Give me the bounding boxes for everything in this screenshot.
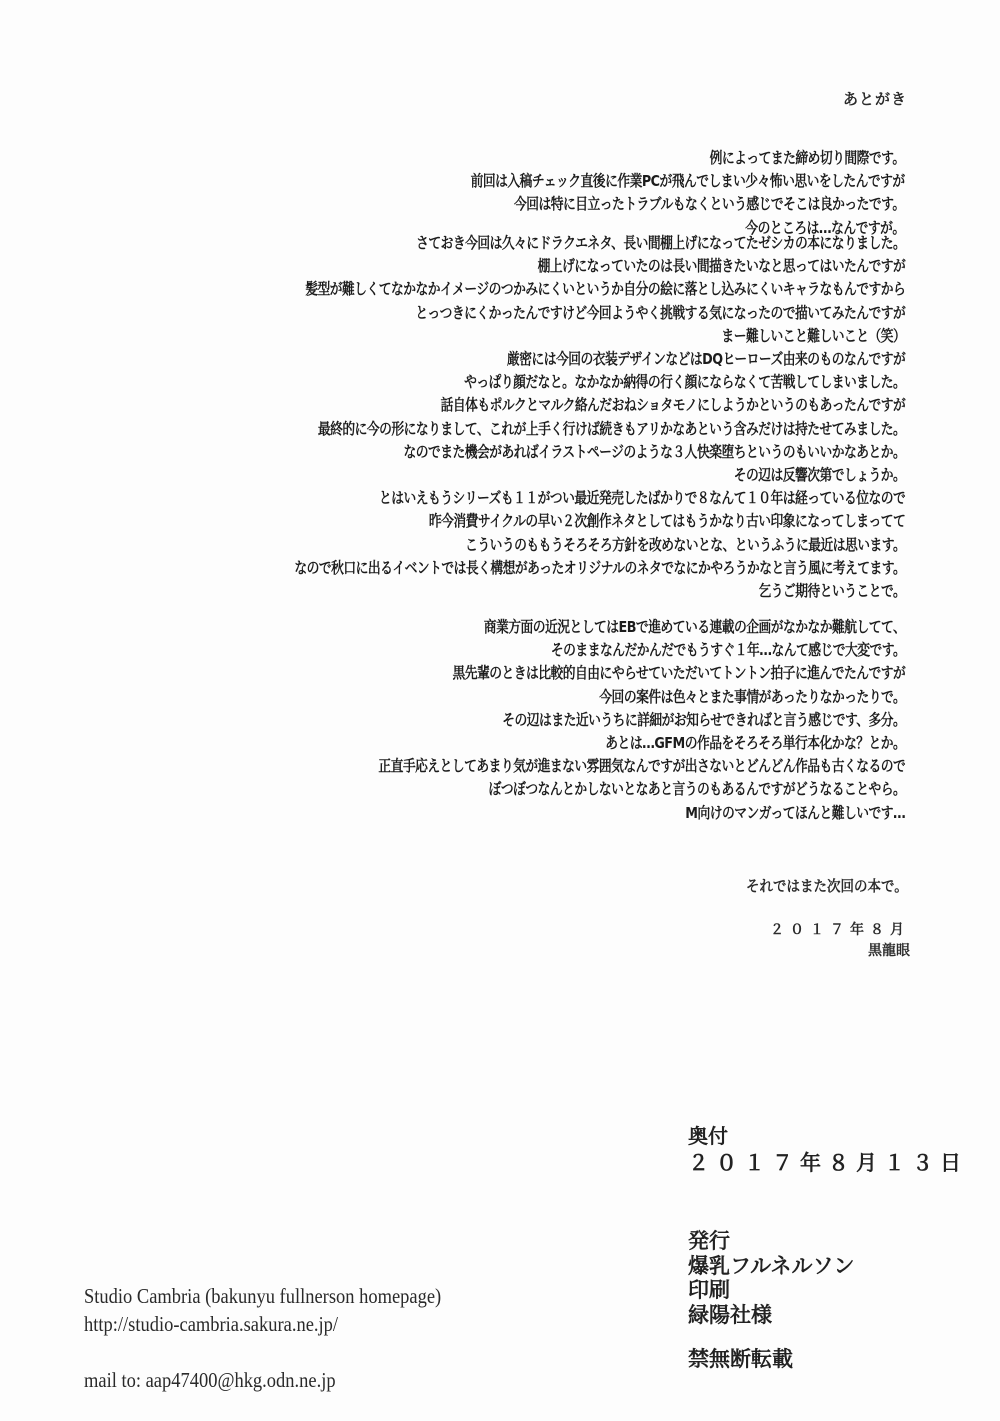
text-line: 昨今消費サイクルの早い２次創作ネタとしてはもうかなり古い印象になってしまってて xyxy=(294,510,905,533)
text-line: 最終的に今の形になりまして、これが上手く行けば続きもアリかなあという含みだけは持… xyxy=(294,418,905,441)
closing-line: それではまた次回の本で。 xyxy=(746,875,908,896)
publisher-name: 爆乳フルネルソン xyxy=(688,1254,968,1279)
text-line: 今回の案件は色々とまた事情があったりなかったりで。 xyxy=(378,686,905,709)
text-line: M向けのマンガってほんと難しいです… xyxy=(378,802,905,825)
contact-info: Studio Cambria (bakunyu fullnerson homep… xyxy=(84,1282,441,1394)
colophon-heading: 奥付 xyxy=(688,1124,968,1149)
text-line: あとは…GFMの作品をそろそろ単行本化かな？とか。 xyxy=(378,732,905,755)
publisher-label: 発行 xyxy=(688,1229,968,1254)
afterword-paragraph-1: 例によってまた締め切り間際です。 前回は入稿チェック直後に作業PCが飛んでしまい… xyxy=(471,147,905,240)
printer-name: 緑陽社様 xyxy=(688,1303,968,1328)
text-line: なのでまた機会があればイラストページのような３人快楽堕ちというのもいいかなあとか… xyxy=(294,441,905,464)
contact-email: mail to: aap47400@hkg.odn.ne.jp xyxy=(84,1366,441,1394)
text-line: 今回は特に目立ったトラブルもなくという感じでそこは良かったです。 xyxy=(471,193,905,216)
afterword-paragraph-2: さておき今回は久々にドラクエネタ、長い間棚上げになってたゼシカの本になりました。… xyxy=(294,232,905,603)
text-line: まー難しいこと難しいこと（笑） xyxy=(294,325,905,348)
signature-author: 黒龍眼 xyxy=(770,941,910,962)
text-line: さておき今回は久々にドラクエネタ、長い間棚上げになってたゼシカの本になりました。 xyxy=(294,232,905,255)
colophon-date: ２０１７年８月１３日 xyxy=(688,1149,968,1177)
signature-date: ２０１７年８月 xyxy=(770,920,910,941)
printer-label: 印刷 xyxy=(688,1278,968,1303)
reprint-notice: 禁無断転載 xyxy=(688,1347,968,1372)
studio-name: Studio Cambria (bakunyu fullnerson homep… xyxy=(84,1282,441,1310)
afterword-paragraph-3: 商業方面の近況としてはEBで進めている連載の企画がなかなか難航してて、 そのまま… xyxy=(378,616,905,825)
text-line: 厳密には今回の衣装デザインなどはDQヒーローズ由来のものなんですが xyxy=(294,348,905,371)
text-line: やっぱり顔だなと。なかなか納得の行く顔にならなくて苦戦してしまいました。 xyxy=(294,371,905,394)
text-line: 例によってまた締め切り間際です。 xyxy=(471,147,905,170)
text-line: 正直手応えとしてあまり気が進まない雰囲気なんですが出さないとどんどん作品も古くな… xyxy=(378,755,905,778)
colophon: 奥付 ２０１７年８月１３日 発行 爆乳フルネルソン 印刷 緑陽社様 禁無断転載 xyxy=(688,1124,968,1372)
text-line: とっつきにくかったんですけど今回ようやく挑戦する気になったので描いてみたんですが xyxy=(294,302,905,325)
text-line: そのままなんだかんだでもうすぐ１年…なんて感じで大変です。 xyxy=(378,639,905,662)
text-line: 商業方面の近況としてはEBで進めている連載の企画がなかなか難航してて、 xyxy=(378,616,905,639)
page-title: あとがき xyxy=(843,88,907,109)
text-line: 棚上げになっていたのは長い間描きたいなと思ってはいたんですが xyxy=(294,255,905,278)
signature: ２０１７年８月 黒龍眼 xyxy=(770,920,910,962)
text-line: その辺は反響次第でしょうか。 xyxy=(294,464,905,487)
text-line: 髪型が難しくてなかなかイメージのつかみにくいというか自分の絵に落とし込みにくいキ… xyxy=(294,278,905,301)
homepage-url: http://studio-cambria.sakura.ne.jp/ xyxy=(84,1310,441,1338)
text-line: ぼつぼつなんとかしないとなあと言うのもあるんですがどうなることやら。 xyxy=(378,778,905,801)
text-line: 前回は入稿チェック直後に作業PCが飛んでしまい少々怖い思いをしたんですが xyxy=(471,170,905,193)
text-line: 黒先輩のときは比較的自由にやらせていただいてトントン拍子に進んでたんですが xyxy=(378,662,905,685)
text-line: なので秋口に出るイベントでは長く構想があったオリジナルのネタでなにかやろうかなと… xyxy=(294,557,905,580)
text-line: とはいえもうシリーズも１１がつい最近発売したばかりで８なんて１０年は経っている位… xyxy=(294,487,905,510)
text-line: 話自体もポルクとマルク絡んだおねショタモノにしようかというのもあったんですが xyxy=(294,394,905,417)
text-line: こういうのももうそろそろ方針を改めないとな、というふうに最近は思います。 xyxy=(294,534,905,557)
text-line: 乞うご期待ということで。 xyxy=(294,580,905,603)
text-line: その辺はまた近いうちに詳細がお知らせできればと言う感じです、多分。 xyxy=(378,709,905,732)
